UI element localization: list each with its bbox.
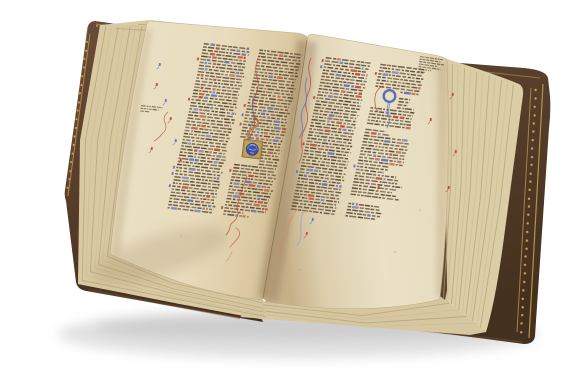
manuscript-photograph	[0, 0, 570, 385]
open-book-illustration	[0, 0, 570, 385]
